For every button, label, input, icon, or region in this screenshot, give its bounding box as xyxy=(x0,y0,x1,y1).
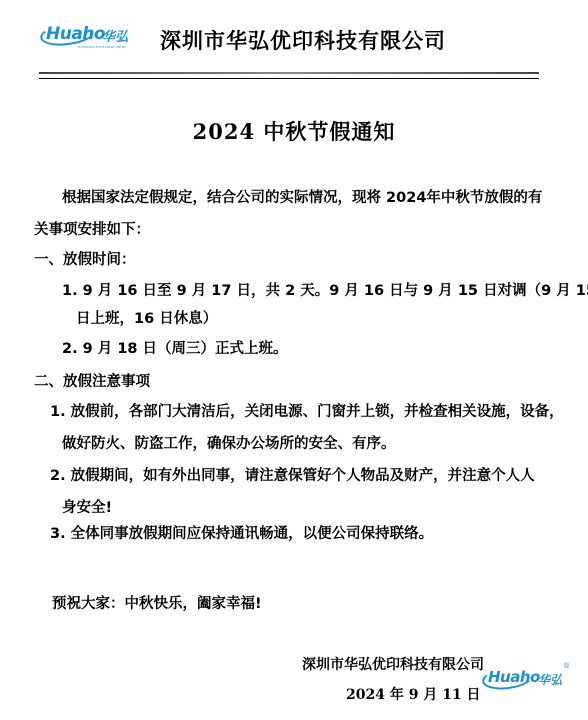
notice-title: 2024 中秋节假通知 xyxy=(0,116,588,146)
header-logo: Huaho 华弘 HUAHONG EXCELLENT PRINT xyxy=(40,22,128,48)
section2-item2-line2: 身安全! xyxy=(62,496,112,517)
header-divider-bottom xyxy=(39,78,539,79)
footer-date: 2024 年 9 月 11 日 xyxy=(346,684,481,704)
section1-item2: 2. 9 月 18 日（周三）正式上班。 xyxy=(62,337,288,358)
logo-chinese: 华弘 xyxy=(102,26,128,45)
logo-tagline: HUAHONG EXCELLENT PRINT xyxy=(78,45,126,49)
registered-mark-icon: ® xyxy=(563,662,570,670)
greeting: 预祝大家：中秋快乐，阖家幸福! xyxy=(52,592,262,613)
footer-logo: Huaho 华弘 ® xyxy=(482,666,562,692)
section2-item1-line2: 做好防火、防盗工作，确保办公场所的安全、有序。 xyxy=(62,432,396,453)
section1-item1-line1: 1. 9 月 16 日至 9 月 17 日，共 2 天。9 月 16 日与 9 … xyxy=(62,279,588,300)
section2-item1-line1: 1. 放假前，各部门大清洁后，关闭电源、门窗并上锁，并检查相关设施，设备， xyxy=(50,400,564,421)
logo-chinese: 华弘 xyxy=(538,671,562,688)
section1-item1-line2: 日上班，16 日休息） xyxy=(76,307,217,328)
section2-heading: 二、放假注意事项 xyxy=(34,370,150,391)
intro-line-2: 关事项安排如下： xyxy=(34,218,150,239)
logo-swoosh-icon: Huaho xyxy=(482,666,536,692)
intro-line-1: 根据国家法定假规定，结合公司的实际情况，现将 2024年中秋节放假的有 xyxy=(62,186,542,207)
logo-word: Huaho xyxy=(46,24,105,44)
section2-item3: 3. 全体同事放假期间应保持通讯畅通，以便公司保持联络。 xyxy=(50,522,433,543)
header-divider-top xyxy=(39,72,539,74)
section2-item2-line1: 2. 放假期间，如有外出同事，请注意保管好个人物品及财产，并注意个人人 xyxy=(50,464,535,485)
section1-heading: 一、放假时间： xyxy=(34,248,136,269)
company-header-name: 深圳市华弘优印科技有限公司 xyxy=(160,25,446,55)
footer-company-name: 深圳市华弘优印科技有限公司 xyxy=(302,654,484,674)
logo-word: Huaho xyxy=(488,668,540,686)
